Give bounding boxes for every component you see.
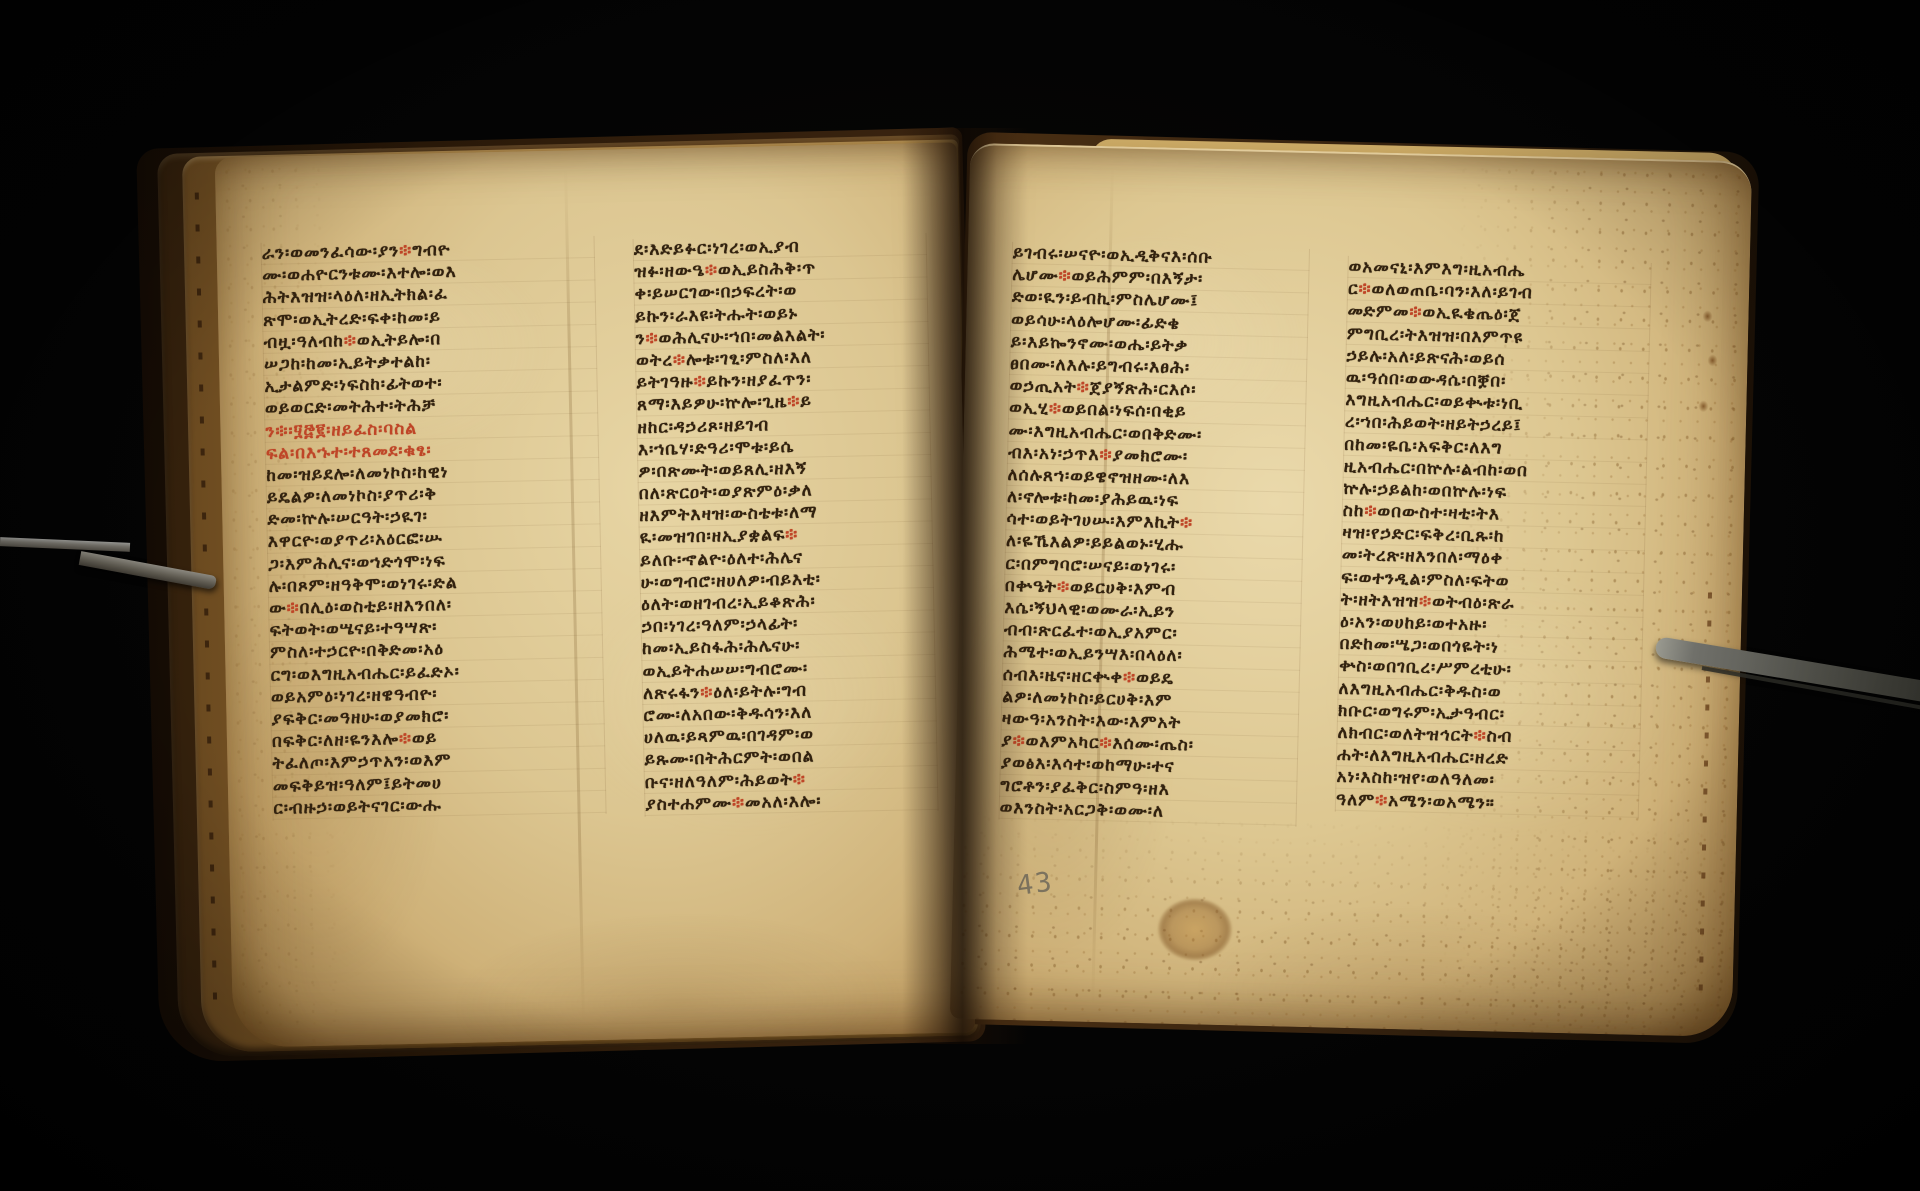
- edge-stain-dot: [1702, 310, 1712, 322]
- rubric-mark: ፨: [399, 729, 412, 749]
- rubric-mark: ፨: [275, 421, 288, 441]
- rubric-mark: ፨: [1419, 591, 1433, 611]
- text-column-left-1: ራን፡ወመንፈሳው፡ያን፨ግብዮሙ፡ወሐዮርንቱሙ፡እተሎ፡ወእሕትእዝዝ፡ላዕ…: [261, 236, 607, 821]
- rubric-mark: ፨: [1077, 378, 1091, 398]
- rubric-mark: ፨: [1123, 667, 1137, 687]
- rubric-mark: ፨: [673, 350, 686, 370]
- rubric-mark: ፨: [1474, 726, 1488, 746]
- rubric-mark: ፨: [785, 525, 798, 545]
- rubric-mark: ፨: [1358, 279, 1372, 299]
- rubric-mark: ፨: [286, 598, 299, 618]
- rubric-mark: ፨: [1012, 731, 1026, 751]
- left-page: ራን፡ወመንፈሳው፡ያን፨ግብዮሙ፡ወሐዮርንቱሙ፡እተሎ፡ወእሕትእዝዝ፡ላዕ…: [215, 142, 975, 1047]
- edge-stain-dot: [1698, 400, 1708, 412]
- rubric-mark: ፨: [1375, 790, 1389, 810]
- folio-number-pencil: 43: [1015, 866, 1055, 902]
- rubric-mark: ፨: [732, 793, 745, 813]
- water-stain: [1157, 898, 1232, 962]
- edge-stain-dot: [1707, 354, 1717, 366]
- text-column-right-1: ይገብሩ፡ሠናዮ፡ወኢዲቅናእ፡ሰቡሌሆሙ፨ወይሕምም፡በእኝታ፡ድወ፡ዪን፡ይ…: [998, 242, 1310, 827]
- rubric-mark: ፨: [1364, 501, 1378, 521]
- rubric-mark: ፨: [1180, 513, 1194, 533]
- rubric-mark: ፨: [793, 769, 806, 789]
- rubric-mark: ፨: [1057, 577, 1071, 597]
- book-strap-left-upper: [0, 537, 130, 552]
- rubric-mark: ፨: [344, 331, 357, 351]
- text-column-right-2: ወአመናኒ፡እምእግ፡ዚአብሔር፨ወለወጠቤ፡ባን፡እለ፡ይገብመድምመ፨ወኢዪ…: [1335, 256, 1652, 819]
- rubric-mark: ፨: [1409, 303, 1423, 323]
- rubric-mark: ፨: [700, 682, 713, 702]
- foxing-speckles: [950, 804, 1737, 1037]
- text-column-left-2: ደ፡እድይፉር፡ነገረ፡ወኢያብዝፉ፡ዘውዔ፨ወኢይስሕቅ፡ጥቀ፡ይሠርገው፡በ…: [633, 233, 939, 817]
- rubric-mark: ፨: [1099, 445, 1113, 465]
- rubric-mark: ፨: [1058, 266, 1072, 286]
- right-page: ይገብሩ፡ሠናዮ፡ወኢዲቅናእ፡ሰቡሌሆሙ፨ወይሕምም፡በእኝታ፡ድወ፡ዪን፡ይ…: [950, 143, 1752, 1037]
- rubric-mark: ፨: [787, 392, 800, 412]
- rubric-mark: ፨: [1099, 733, 1113, 753]
- rubric-mark: ፨: [694, 372, 707, 392]
- rubric-mark: ፨: [645, 328, 658, 348]
- sewing-holes-left: [195, 193, 218, 1013]
- rubric-mark: ፨: [705, 261, 718, 281]
- rubric-mark: ፨: [1049, 399, 1063, 419]
- black-background: ራን፡ወመንፈሳው፡ያን፨ግብዮሙ፡ወሐዮርንቱሙ፡እተሎ፡ወእሕትእዝዝ፡ላዕ…: [0, 0, 1920, 1191]
- rubric-mark: ፨: [399, 241, 412, 261]
